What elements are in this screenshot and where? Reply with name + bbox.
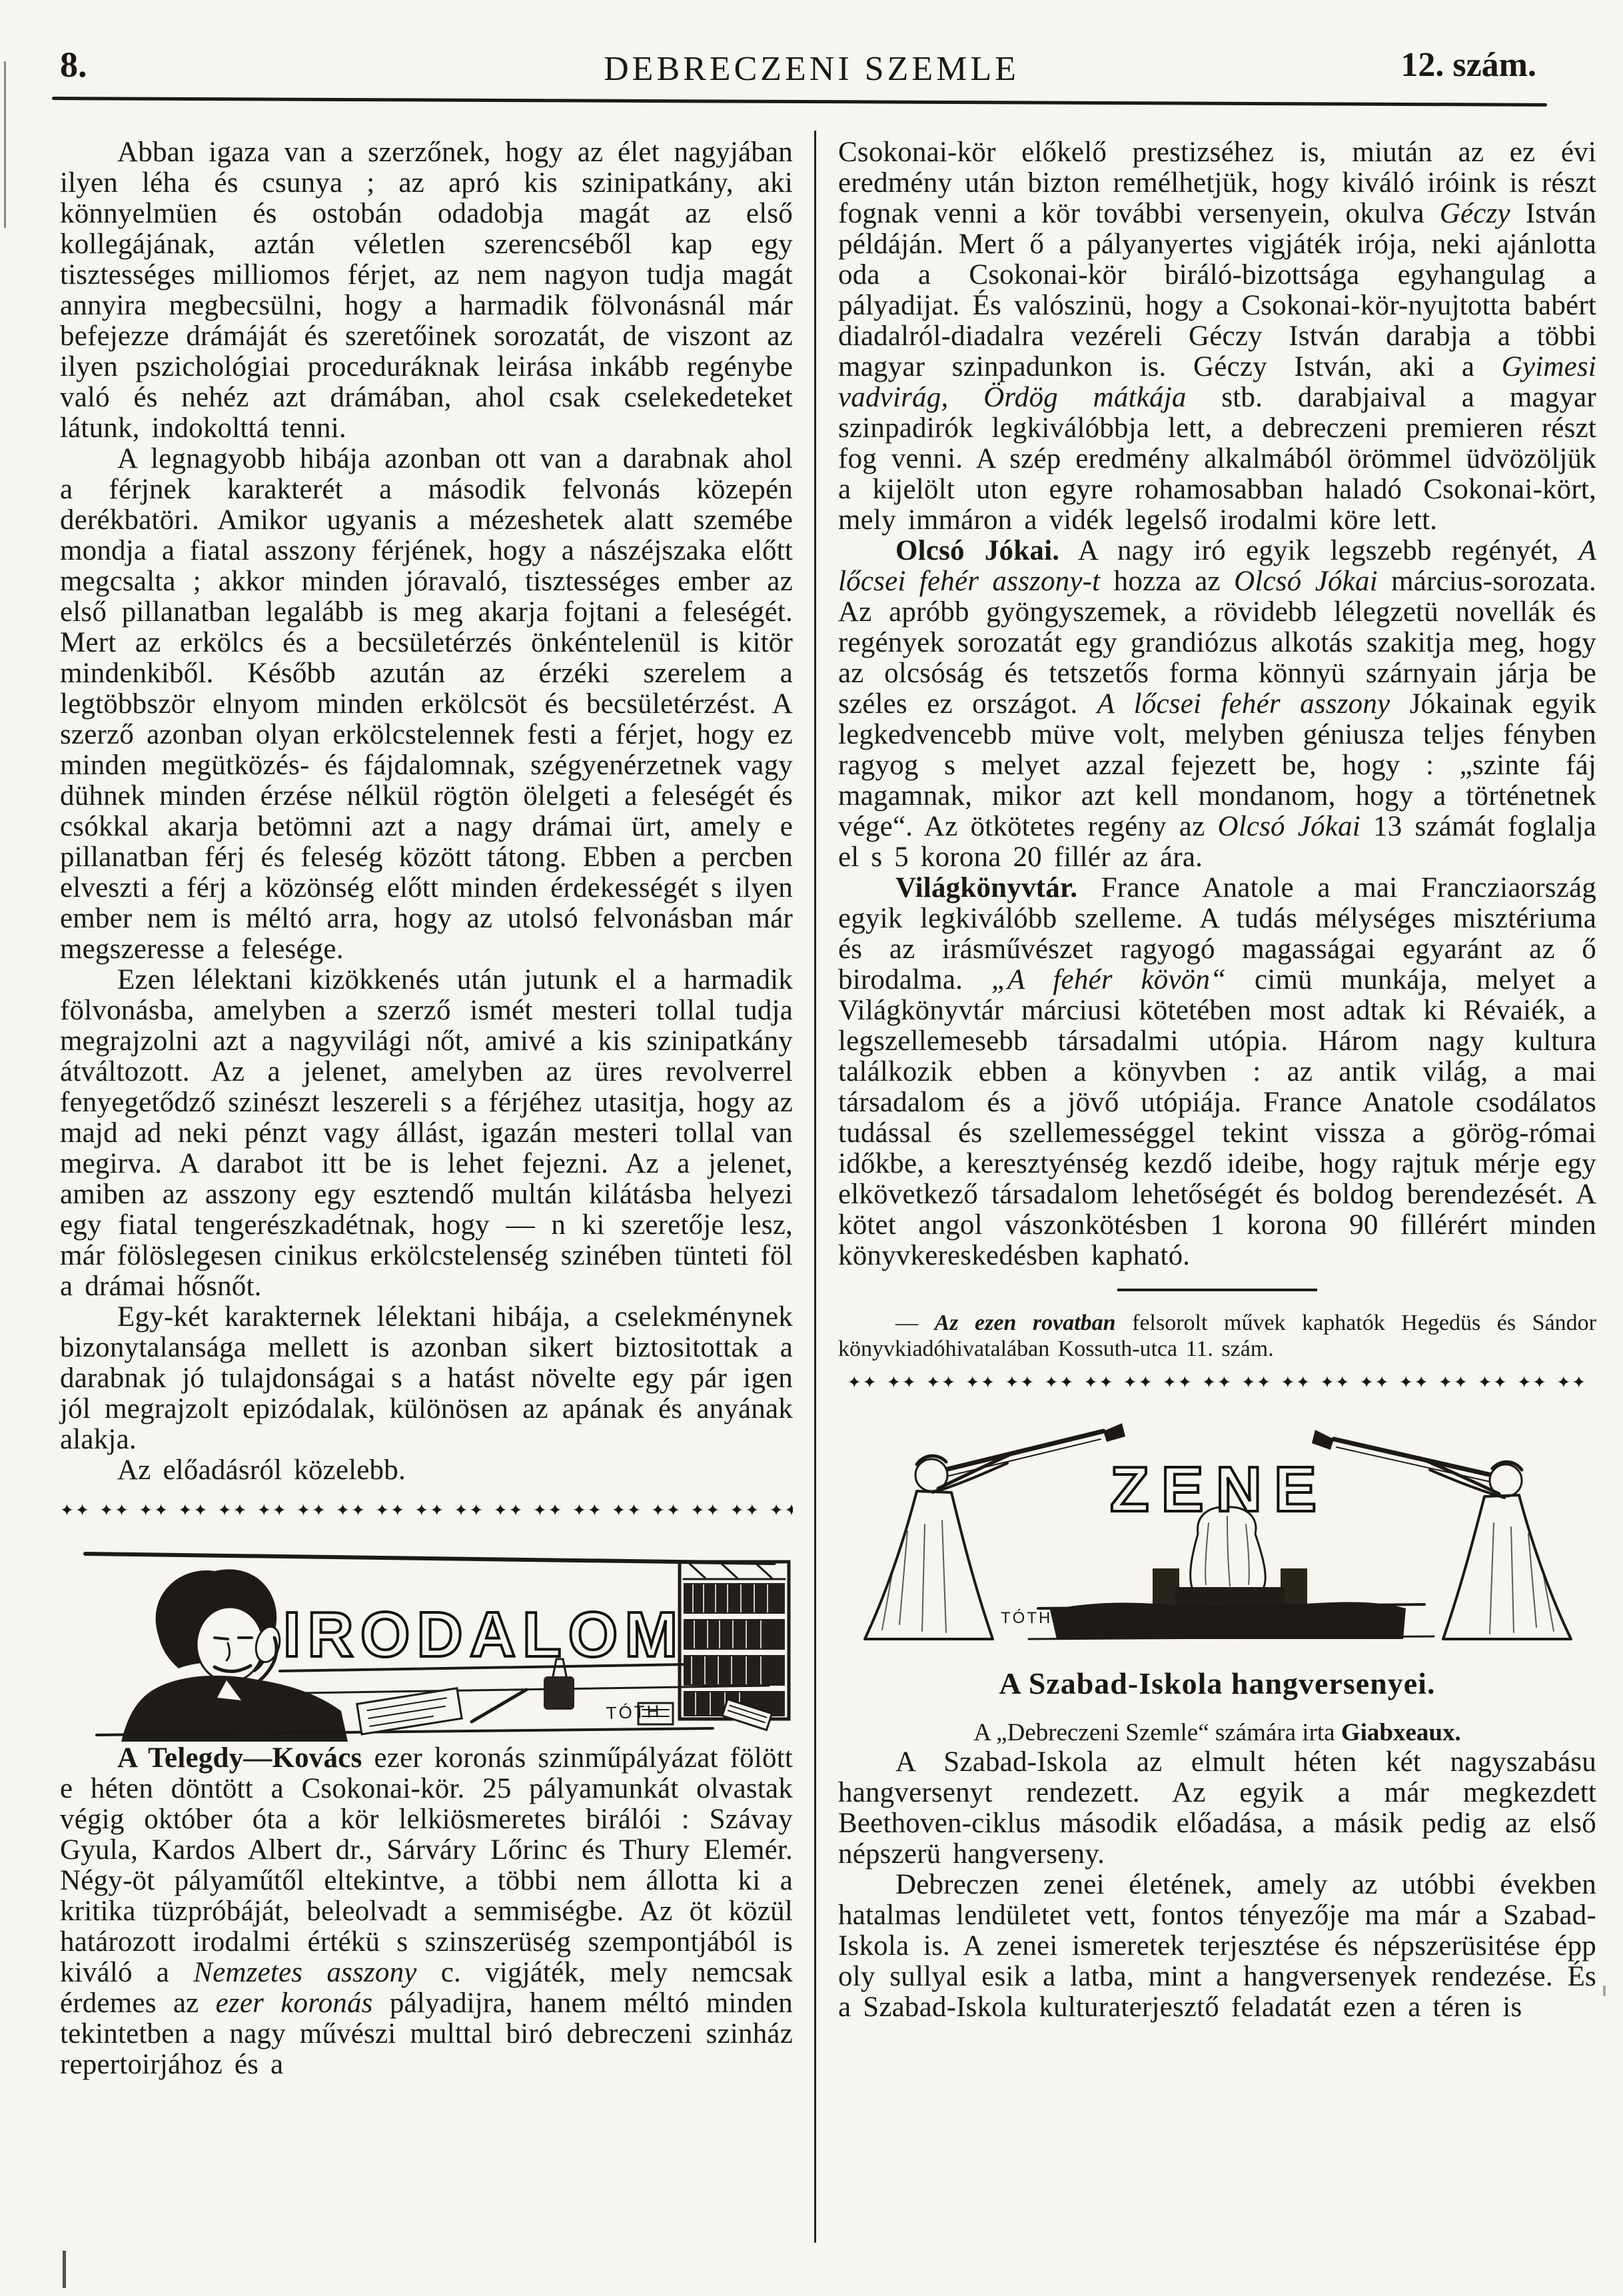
scan-artifact [63,2251,66,2288]
left-column: Abban igaza van a szerzőnek, hogy az éle… [60,137,793,2080]
zene-caption: ZENE [1110,1454,1329,1525]
article-paragraph: Olcsó Jókai. A nagy iró egyik legszebb r… [838,536,1596,873]
irodalom-signature: TÓTH [606,1701,662,1723]
text-run: A „Debreczeni Szemle“ számára irta [973,1719,1341,1746]
text-run: A nagy iró egyik legszebb regényét, [1059,535,1578,566]
italic-run: Nemzetes asszony [193,1957,416,1988]
scan-artifact [4,61,6,228]
page-title: DEBRECZENI SZEMLE [0,49,1623,89]
article-paragraph: Csokonai-kör előkelő prestizséhez is, mi… [838,137,1596,536]
article-paragraph: Ezen lélektani kizökkenés után jutunk el… [60,965,793,1302]
newspaper-page: 8. DEBRECZENI SZEMLE 12. szám. Abban iga… [0,0,1623,2296]
text-run: cimü munkája, melyet a Világkönyvtár már… [838,964,1596,1271]
italic-run: ezer koronás [216,1988,373,2019]
music-section-heading: A Szabad-Iskola hangversenyei. [838,1666,1596,1701]
zene-illustration: ZENE TÓTH M. [838,1410,1596,1643]
italic-run: Géczy [1440,198,1510,229]
italic-run: „A fehér kövön“ [991,964,1226,995]
text-run: — [895,1311,935,1335]
zene-signature: TÓTH M. [1001,1609,1081,1627]
bold-italic-run: Az ezen rovatban [935,1311,1116,1335]
article-paragraph: A Telegdy—Kovács ezer koronás szinműpály… [60,1743,793,2080]
ornament-divider: ✦✦ ✦✦ ✦✦ ✦✦ ✦✦ ✦✦ ✦✦ ✦✦ ✦✦ ✦✦ ✦✦ ✦✦ ✦✦ ✦… [60,1499,793,1523]
right-column: Csokonai-kör előkelő prestizséhez is, mi… [838,137,1596,2023]
irodalom-illustration: IRODALOM TÓTH [60,1543,793,1743]
irodalom-caption: IRODALOM [283,1599,685,1670]
text-run: ezer koronás szinműpályázat fölött e hét… [60,1742,793,1988]
italic-run: Olcsó Jókai [1234,566,1378,597]
article-paragraph: Világkönyvtár. France Anatole a mai Fran… [838,873,1596,1271]
ornament-divider: ✦✦ ✦✦ ✦✦ ✦✦ ✦✦ ✦✦ ✦✦ ✦✦ ✦✦ ✦✦ ✦✦ ✦✦ ✦✦ ✦… [838,1371,1596,1395]
header-rule [52,97,1547,107]
column-divider [814,131,816,2243]
crowd-sketch [1029,1602,1434,1640]
issue-number: 12. szám. [1400,45,1536,85]
bold-lead: Világkönyvtár. [895,872,1077,903]
scan-artifact [1603,1986,1606,1996]
music-section-byline: A „Debreczeni Szemle“ számára irta Giabx… [838,1718,1596,1747]
section-rule [1117,1289,1317,1291]
article-paragraph: Az előadásról közelebb. [60,1455,793,1486]
article-paragraph: Egy-két karakternek lélektani hibája, a … [60,1302,793,1455]
bold-lead: A Telegdy—Kovács [117,1742,362,1774]
illustration-top-rule [85,1554,774,1563]
text-run: hozza az [1100,566,1234,597]
author-name: Giabxeaux. [1341,1719,1461,1746]
books-note: — Az ezen rovatban felsorolt művek kapha… [838,1310,1596,1362]
article-paragraph: Debreczen zenei életének, amely az utóbb… [838,1870,1596,2023]
italic-run: A lőcsei fehér asszony [1097,688,1390,720]
article-paragraph: A Szabad-Iskola az elmult héten két nagy… [838,1747,1596,1870]
bold-lead: Olcsó Jókai. [895,535,1059,566]
article-paragraph: A legnagyobb hibája azonban ott van a da… [60,444,793,965]
article-paragraph: Abban igaza van a szerzőnek, hogy az éle… [60,137,793,444]
italic-run: Olcsó Jókai [1217,811,1360,842]
